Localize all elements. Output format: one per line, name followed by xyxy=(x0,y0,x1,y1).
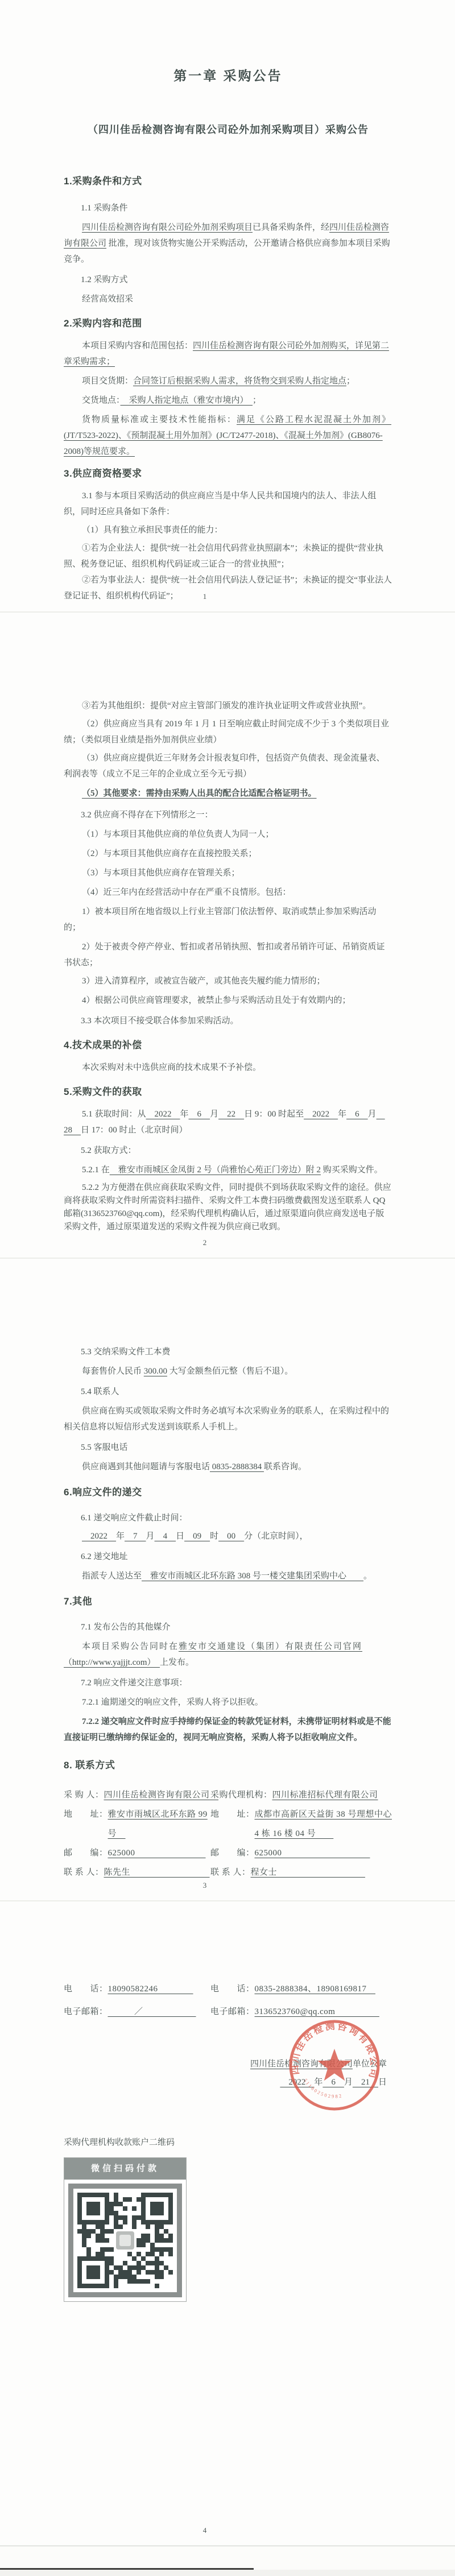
paragraph: 1）被本项目所在地省级以上行业主管部门依法暂停、取消或禁止参加采购活动的； xyxy=(64,904,392,936)
wechat-pay-qr-box: 微信扫码付款 xyxy=(64,2157,187,2302)
section-heading: 3.供应商资格要求 xyxy=(64,464,392,483)
underlined-text: 2022 xyxy=(82,1532,116,1541)
contact-value: 四川佳岳检测咨询有限公司 xyxy=(104,1785,210,1805)
paragraph: （1）与本项目其他供应商的单位负责人为同一人； xyxy=(64,826,392,842)
contact-row: 采 购 人：四川佳岳检测咨询有限公司 采购代理机构：四川标准招标代理有限公司 xyxy=(64,1785,392,1805)
underlined-text: 雅安市雨城区金凤街 2 号（尚雅怡心苑正门旁边）附 2 xyxy=(110,1165,321,1175)
paragraph: 7.2.1 逾期递交的响应文件，采购人将予以拒收。 xyxy=(64,1694,392,1710)
underlined-text: 7 xyxy=(125,1532,146,1541)
underlined-text: (JT/T523-2022)、《预制混凝土用外加剂》(JC/T2477-2018… xyxy=(64,431,383,456)
text: （四川佳岳检测咨询有限公司砼外加剂采购项目）采购公告 xyxy=(88,124,369,135)
text: 8. 联系方式 xyxy=(64,1760,115,1771)
text: 年 xyxy=(180,1110,189,1119)
text: 6.响应文件的递交 xyxy=(64,1487,142,1498)
section-heading: 2.采购内容和范围 xyxy=(64,314,392,333)
contact-cell-left: 电 话：18090582246 xyxy=(64,1981,210,1997)
text: 大写金额叁佰元整（售后不退）。 xyxy=(167,1367,293,1376)
contact-label: 电 话： xyxy=(64,1981,108,1997)
text: 交货地点： xyxy=(82,396,121,405)
contact-label: 电子邮箱： xyxy=(64,2004,108,2020)
section-heading: 1.采购条件和方式 xyxy=(64,172,392,191)
svg-text:511802502982: 511802502982 xyxy=(303,2078,343,2099)
section-heading: 4.技术成果的补偿 xyxy=(64,1036,392,1055)
contact-value: 18090582246 xyxy=(108,1981,210,1997)
text: 3.1 参与本项目采购活动的供应商应当是中华人民共和国境内的法人、非法人组织，同… xyxy=(64,491,377,516)
contact-info-grid: 电 话：18090582246 电 话：0835-2888384、1890816… xyxy=(64,1981,392,2020)
text: ； xyxy=(346,377,355,386)
text: 3.3 本次项目不接受联合体参加采购活动。 xyxy=(81,1016,239,1026)
text: 1.2 采购方式 xyxy=(81,275,128,284)
contact-cell-right: 邮 编：625000 xyxy=(210,1843,392,1863)
underlined-text: 300.00 xyxy=(144,1367,167,1376)
scan-footer-shade xyxy=(0,2570,455,2576)
text: 月 xyxy=(368,1110,377,1119)
chapter-title: 第一章 采购公告 xyxy=(64,66,392,85)
text: （2）供应商应当具有 2019 年 1 月 1 日至响应截止时间完成不少于 3 … xyxy=(64,720,389,745)
paragraph: （4）近三年内在经营活动中存在严重不良情形。包括： xyxy=(64,884,392,900)
text: ； xyxy=(253,396,261,405)
wechat-pay-qr-title: 微信扫码付款 xyxy=(64,2158,186,2180)
contact-label: 联 系 人： xyxy=(210,1863,251,1882)
paragraph: 项目交货期：合同签订后根据采购人需求，将货物交到采购人指定地点； xyxy=(64,373,392,389)
underlined-text: 雅安市雨城区北环东路 308 号一楼交建集团采购中心 xyxy=(142,1572,363,1581)
qr-code-frame xyxy=(68,2184,182,2297)
paragraph: 2）处于被责令停产停业、暂扣或者吊销执照、暂扣或者吊销许可证、吊销资质证书状态； xyxy=(64,939,392,971)
text: 第一章 采购公告 xyxy=(173,68,282,83)
paragraph: 3.1 参与本项目采购活动的供应商应当是中华人民共和国境内的法人、非法人组织，同… xyxy=(64,488,392,520)
section-heading: 5.采购文件的获取 xyxy=(64,1082,392,1102)
text: 3.2 供应商不得存在下列情形之一： xyxy=(81,811,213,820)
paragraph: 2022 年 7 月 4 日 09 时 00 分（北京时间）， xyxy=(64,1528,392,1544)
text: 采购代理机构收款账户二维码 xyxy=(64,2138,175,2147)
contact-label: 邮 编： xyxy=(210,1843,255,1863)
text: 5.4 联系人 xyxy=(81,1387,119,1396)
text: （3）与本项目其他供应商存在管理关系； xyxy=(82,869,240,878)
underlined-text: 0835-2888384 xyxy=(210,1462,264,1471)
paragraph: 5.2.2 为方便潜在供应商获取采购文件，同时提供不到场获取采购文件的途径。供应… xyxy=(64,1181,392,1234)
text: （1）具有独立承担民事责任的能力： xyxy=(82,526,223,535)
paragraph: 经营高效招采 xyxy=(64,291,392,307)
qr-code-area xyxy=(64,2180,186,2301)
subsection-heading: 3.3 本次项目不接受联合体参加采购活动。 xyxy=(64,1013,392,1029)
paragraph: 货物质量标准或主要技术性能指标：满足《公路工程水泥混凝土外加剂》 xyxy=(64,412,392,428)
underlined-text: 采购人指定地点（雅安市境内） xyxy=(121,396,253,405)
text: 货物质量标准或主要技术性能指标： xyxy=(82,415,237,424)
text: 本次采购对未中选供应商的技术成果不予补偿。 xyxy=(82,1063,261,1072)
text: 年 xyxy=(338,1110,346,1119)
subsection-heading: 7.1 发布公告的其他媒介 xyxy=(64,1619,392,1635)
text: 本项目采购内容和范围包括： xyxy=(82,341,193,350)
text: 4）根据公司供应商管理要求，被禁止参与采购活动且处于有效期内的； xyxy=(82,996,351,1005)
text: 7.2.2 递交响应文件时应手持缔约保证金的转款凭证材料，未携带证明材料或是不能… xyxy=(64,1717,391,1742)
text: 月 xyxy=(146,1532,155,1541)
contact-value: 625000 xyxy=(108,1843,210,1863)
contact-value: ／ xyxy=(108,2004,210,2020)
text: 1.采购条件和方式 xyxy=(64,176,142,187)
paragraph: 供应商遇到其他问题请与客服电话 0835-2888384 联系咨询。 xyxy=(64,1459,392,1475)
contact-label: 电 话： xyxy=(210,1981,255,1997)
scan-footer-strip xyxy=(0,2546,455,2576)
text: 5.5 客服电话 xyxy=(81,1443,128,1452)
text: 7.其他 xyxy=(64,1596,92,1607)
text: 日 17：00 时止（北京时间） xyxy=(81,1126,188,1135)
contact-row: 联 系 人：陈先生 联 系 人：程女士 xyxy=(64,1863,392,1882)
subsection-heading: 6.2 递交地址 xyxy=(64,1549,392,1565)
subsection-heading: 5.2 获取方式： xyxy=(64,1143,392,1159)
section-heading: 7.其他 xyxy=(64,1592,392,1611)
text: 3.供应商资格要求 xyxy=(64,468,142,479)
subsection-heading: 5.4 联系人 xyxy=(64,1384,392,1400)
text: （1）与本项目其他供应商的单位负责人为同一人； xyxy=(82,830,274,839)
underlined-text: （http://www.yajjjt.com） xyxy=(64,1658,160,1667)
paragraph: 本次采购对未中选供应商的技术成果不予补偿。 xyxy=(64,1060,392,1076)
underlined-text: （5）其他要求：需持由采购人出具的配合比适配合格证明书。 xyxy=(82,789,317,798)
contact-cell-right: 地 址：成都市高新区天益街 38 号理想中心 4 栋 16 楼 04 号 xyxy=(210,1805,392,1843)
document-page-2: ③若为其他组织：提供“对应主管部门颁发的准许执业证明文件或营业执照”。（2）供应… xyxy=(0,613,455,1259)
text: （3）供应商应提供近三年财务会计报表复印件，包括资产负债表、现金流量表、利润表等… xyxy=(64,754,385,779)
scan-edge-line xyxy=(0,2568,254,2570)
text: 4.技术成果的补偿 xyxy=(64,1040,142,1051)
contact-value: 雅安市雨城区北环东路 99 号 xyxy=(108,1805,210,1843)
text: 供应商遇到其他问题请与客服电话 xyxy=(82,1462,210,1471)
underlined-text: 雅安市交通建设（集团）有限责任公司官网 xyxy=(179,1642,362,1651)
paragraph-continuation: (JT/T523-2022)、《预制混凝土用外加剂》(JC/T2477-2018… xyxy=(64,428,392,460)
paragraph: （2）与本项目其他供应商存在直接控股关系； xyxy=(64,846,392,862)
text: 月 xyxy=(210,1110,218,1119)
text: 每套售价人民币 xyxy=(82,1367,144,1376)
paragraph: 5.2.1 在 雅安市雨城区金凤街 2 号（尚雅怡心苑正门旁边）附 2 购买采购… xyxy=(64,1162,392,1178)
paragraph: 四川佳岳检测咨询有限公司砼外加剂采购项目已具备采购条件，经四川佳岳检测咨询有限公… xyxy=(64,220,392,267)
page-number: 4 xyxy=(0,2526,409,2535)
subsection-heading: 6.1 递交响应文件截止时间： xyxy=(64,1510,392,1526)
contact-value: 程女士 xyxy=(251,1863,392,1882)
page-number: 1 xyxy=(0,592,409,601)
contact-row: 地 址：雅安市雨城区北环东路 99 号 地 址：成都市高新区天益街 38 号理想… xyxy=(64,1805,392,1843)
paragraph: （3）与本项目其他供应商存在管理关系； xyxy=(64,865,392,881)
text: 7.2.1 逾期递交的响应文件，采购人将予以拒收。 xyxy=(82,1698,263,1707)
section-heading: 6.响应文件的递交 xyxy=(64,1483,392,1502)
contact-cell-left: 采 购 人：四川佳岳检测咨询有限公司 xyxy=(64,1785,210,1805)
paragraph-continuation: （http://www.yajjjt.com） 上发布。 xyxy=(64,1655,392,1671)
text: 经营高效招采 xyxy=(82,295,133,304)
text: （4）近三年内在经营活动中存在严重不良情形。包括： xyxy=(82,888,291,897)
contact-cell-left: 邮 编：625000 xyxy=(64,1843,210,1863)
contact-value: 成都市高新区天益街 38 号理想中心 4 栋 16 楼 04 号 xyxy=(255,1805,392,1843)
text: 7.2 响应文件递交注意事项： xyxy=(81,1678,188,1688)
contact-label: 地 址： xyxy=(64,1805,108,1843)
contact-info-grid: 采 购 人：四川佳岳检测咨询有限公司 采购代理机构：四川标准招标代理有限公司地 … xyxy=(64,1785,392,1882)
text: 购买采购文件。 xyxy=(321,1165,383,1175)
text: 上发布。 xyxy=(160,1658,194,1667)
paragraph: （3）供应商应提供近三年财务会计报表复印件，包括资产负债表、现金流量表、利润表等… xyxy=(64,750,392,782)
contact-cell-right: 采购代理机构：四川标准招标代理有限公司 xyxy=(210,1785,392,1805)
paragraph: 本项目采购内容和范围包括：四川佳岳检测咨询有限公司砼外加剂购买，详见第二章采购需… xyxy=(64,338,392,370)
underlined-text: 2022 xyxy=(304,1110,338,1119)
text: 。 xyxy=(363,1572,372,1581)
text: 6.1 递交响应文件截止时间： xyxy=(81,1514,188,1523)
text: 批准，现对该货物实施公开采购活动，公开邀请合格供应商参加本项目采购竞争。 xyxy=(64,239,390,264)
procurement-announcement-document: 第一章 采购公告（四川佳岳检测咨询有限公司砼外加剂采购项目）采购公告1.采购条件… xyxy=(0,0,455,2546)
text: 1）被本项目所在地省级以上行业主管部门依法暂停、取消或禁止参加采购活动的； xyxy=(64,907,377,932)
page-number: 2 xyxy=(0,1238,409,1247)
contact-value: 0835-2888384、18908169817 xyxy=(255,1981,392,1997)
text: 7.1 发布公告的其他媒介 xyxy=(81,1623,171,1632)
text: ①若为企业法人：提供“统一社会信用代码营业执照副本”；未换证的提供“营业执照、税… xyxy=(64,544,383,569)
underlined-text: 00 xyxy=(218,1532,244,1541)
paragraph: （2）供应商应当具有 2019 年 1 月 1 日至响应截止时间完成不少于 3 … xyxy=(64,716,392,748)
underlined-text: 2022 xyxy=(146,1110,180,1119)
paragraph: ①若为企业法人：提供“统一社会信用代码营业执照副本”；未换证的提供“营业执照、税… xyxy=(64,540,392,572)
text: 5.采购文件的获取 xyxy=(64,1086,142,1097)
contact-value: 四川标准招标代理有限公司 xyxy=(272,1785,392,1805)
text: ③若为其他组织：提供“对应主管部门颁发的准许执业证明文件或营业执照”。 xyxy=(82,701,371,710)
subsection-heading: 3.2 供应商不得存在下列情形之一： xyxy=(64,807,392,823)
section-heading: 8. 联系方式 xyxy=(64,1756,392,1775)
text: 5.2 获取方式： xyxy=(81,1146,136,1155)
text: 年 xyxy=(116,1532,125,1541)
text: 供应商在购买或领取采购文件时务必填写本次采购业务的联系人，在采购过程中的相关信息… xyxy=(64,1407,389,1432)
paragraph: 指派专人送达至 雅安市雨城区北环东路 308 号一楼交建集团采购中心 。 xyxy=(64,1568,392,1584)
document-page-3: 5.3 交纳采购文件工本费每套售价人民币 300.00 大写金额叁佰元整（售后不… xyxy=(0,1259,455,1901)
text: 3）进入清算程序，或被宣告破产，或其他丧失履约能力情形的； xyxy=(82,977,325,986)
subsection-heading: 1.1 采购条件 xyxy=(64,200,392,216)
subsection-heading: 5.5 客服电话 xyxy=(64,1440,392,1456)
text: 项目交货期： xyxy=(82,377,133,386)
paragraph: 7.2.2 递交响应文件时应手持缔约保证金的转款凭证材料，未携带证明材料或是不能… xyxy=(64,1714,392,1746)
paragraph: 3）进入清算程序，或被宣告破产，或其他丧失履约能力情形的； xyxy=(64,973,392,989)
qr-caption: 采购代理机构收款账户二维码 xyxy=(64,2135,392,2151)
text: 5.1 获取时间：从 xyxy=(82,1110,146,1119)
contact-row: 电 话：18090582246 电 话：0835-2888384、1890816… xyxy=(64,1981,392,1997)
text: 6.2 递交地址 xyxy=(81,1552,128,1561)
page-number: 3 xyxy=(0,1881,409,1890)
document-page-4: 电 话：18090582246 电 话：0835-2888384、1890816… xyxy=(0,1901,455,2546)
underlined-text: 6 xyxy=(189,1110,210,1119)
subsection-heading: 7.2 响应文件递交注意事项： xyxy=(64,1675,392,1691)
text: 日 9：00 时起至 xyxy=(244,1110,304,1119)
paragraph: 交货地点： 采购人指定地点（雅安市境内） ； xyxy=(64,392,392,408)
underlined-text: 6 xyxy=(346,1110,368,1119)
underlined-text: 09 xyxy=(184,1532,210,1541)
company-seal: 四川佳岳检测咨询有限公司511802502982 xyxy=(286,2016,383,2114)
contact-row: 邮 编：625000 邮 编：625000 xyxy=(64,1843,392,1863)
paragraph: （5）其他要求：需持由采购人出具的配合比适配合格证明书。 xyxy=(64,785,392,801)
subsection-heading: 5.3 交纳采购文件工本费 xyxy=(64,1344,392,1360)
text: 指派专人送达至 xyxy=(82,1572,142,1581)
contact-label: 地 址： xyxy=(210,1805,255,1843)
contact-label: 电子邮箱： xyxy=(210,2004,255,2020)
paragraph: 每套售价人民币 300.00 大写金额叁佰元整（售后不退）。 xyxy=(64,1363,392,1379)
text: 已具备采购条件，经 xyxy=(253,223,329,232)
paragraph: 本项目采购公告同时在雅安市交通建设（集团）有限责任公司官网 xyxy=(64,1639,392,1655)
contact-label: 联 系 人： xyxy=(64,1863,104,1882)
contact-cell-left: 联 系 人：陈先生 xyxy=(64,1863,210,1882)
underlined-text: 22 xyxy=(218,1110,244,1119)
text: 2.采购内容和范围 xyxy=(64,318,142,329)
contact-value: 625000 xyxy=(255,1843,392,1863)
contact-cell-right: 电 话：0835-2888384、18908169817 xyxy=(210,1981,392,1997)
paragraph: （1）具有独立承担民事责任的能力： xyxy=(64,522,392,538)
contact-cell-left: 地 址：雅安市雨城区北环东路 99 号 xyxy=(64,1805,210,1843)
subsection-heading: 1.2 采购方式 xyxy=(64,272,392,288)
text: 日 xyxy=(176,1532,184,1541)
text: 5.3 交纳采购文件工本费 xyxy=(81,1347,171,1357)
contact-label: 邮 编： xyxy=(64,1843,108,1863)
underlined-text: 满足《公路工程水泥混凝土外加剂》 xyxy=(237,415,391,424)
text: 分（北京时间）， xyxy=(244,1532,308,1541)
text: （2）与本项目其他供应商存在直接控股关系； xyxy=(82,849,257,858)
contact-value: 陈先生 xyxy=(104,1863,210,1882)
paragraph: 5.1 获取时间：从 2022 年 6 月 22 日 9：00 时起至 2022… xyxy=(64,1106,392,1138)
text: 本项目采购公告同时在 xyxy=(82,1642,179,1651)
underlined-text: 合同签订后根据采购人需求，将货物交到采购人指定地点 xyxy=(133,377,346,386)
text: 5.2.2 为方便潜在供应商获取采购文件，同时提供不到场获取采购文件的途径。供应… xyxy=(64,1183,391,1231)
text: 2）处于被责令停产停业、暂扣或者吊销执照、暂扣或者吊销许可证、吊销资质证书状态； xyxy=(64,942,385,967)
text: 1.1 采购条件 xyxy=(81,204,128,213)
underlined-text: 四川佳岳检测咨询有限公司砼外加剂采购项目 xyxy=(82,223,253,232)
document-title: （四川佳岳检测咨询有限公司砼外加剂采购项目）采购公告 xyxy=(64,121,392,139)
contact-label: 采购代理机构： xyxy=(210,1785,272,1805)
text: 5.2.1 在 xyxy=(82,1165,110,1175)
paragraph: 4）根据公司供应商管理要求，被禁止参与采购活动且处于有效期内的； xyxy=(64,993,392,1008)
underlined-text: 4 xyxy=(155,1532,176,1541)
text: 时 xyxy=(210,1532,218,1541)
paragraph: ③若为其他组织：提供“对应主管部门颁发的准许执业证明文件或营业执照”。 xyxy=(64,698,392,714)
paragraph: 供应商在购买或领取采购文件时务必填写本次采购业务的联系人，在采购过程中的相关信息… xyxy=(64,1403,392,1435)
text: 联系咨询。 xyxy=(264,1462,307,1471)
contact-cell-left: 电子邮箱： ／ xyxy=(64,2004,210,2020)
qr-code-image xyxy=(77,2193,173,2288)
contact-cell-right: 联 系 人：程女士 xyxy=(210,1863,392,1882)
document-page-1: 第一章 采购公告（四川佳岳检测咨询有限公司砼外加剂采购项目）采购公告1.采购条件… xyxy=(0,0,455,613)
contact-label: 采 购 人： xyxy=(64,1785,104,1805)
